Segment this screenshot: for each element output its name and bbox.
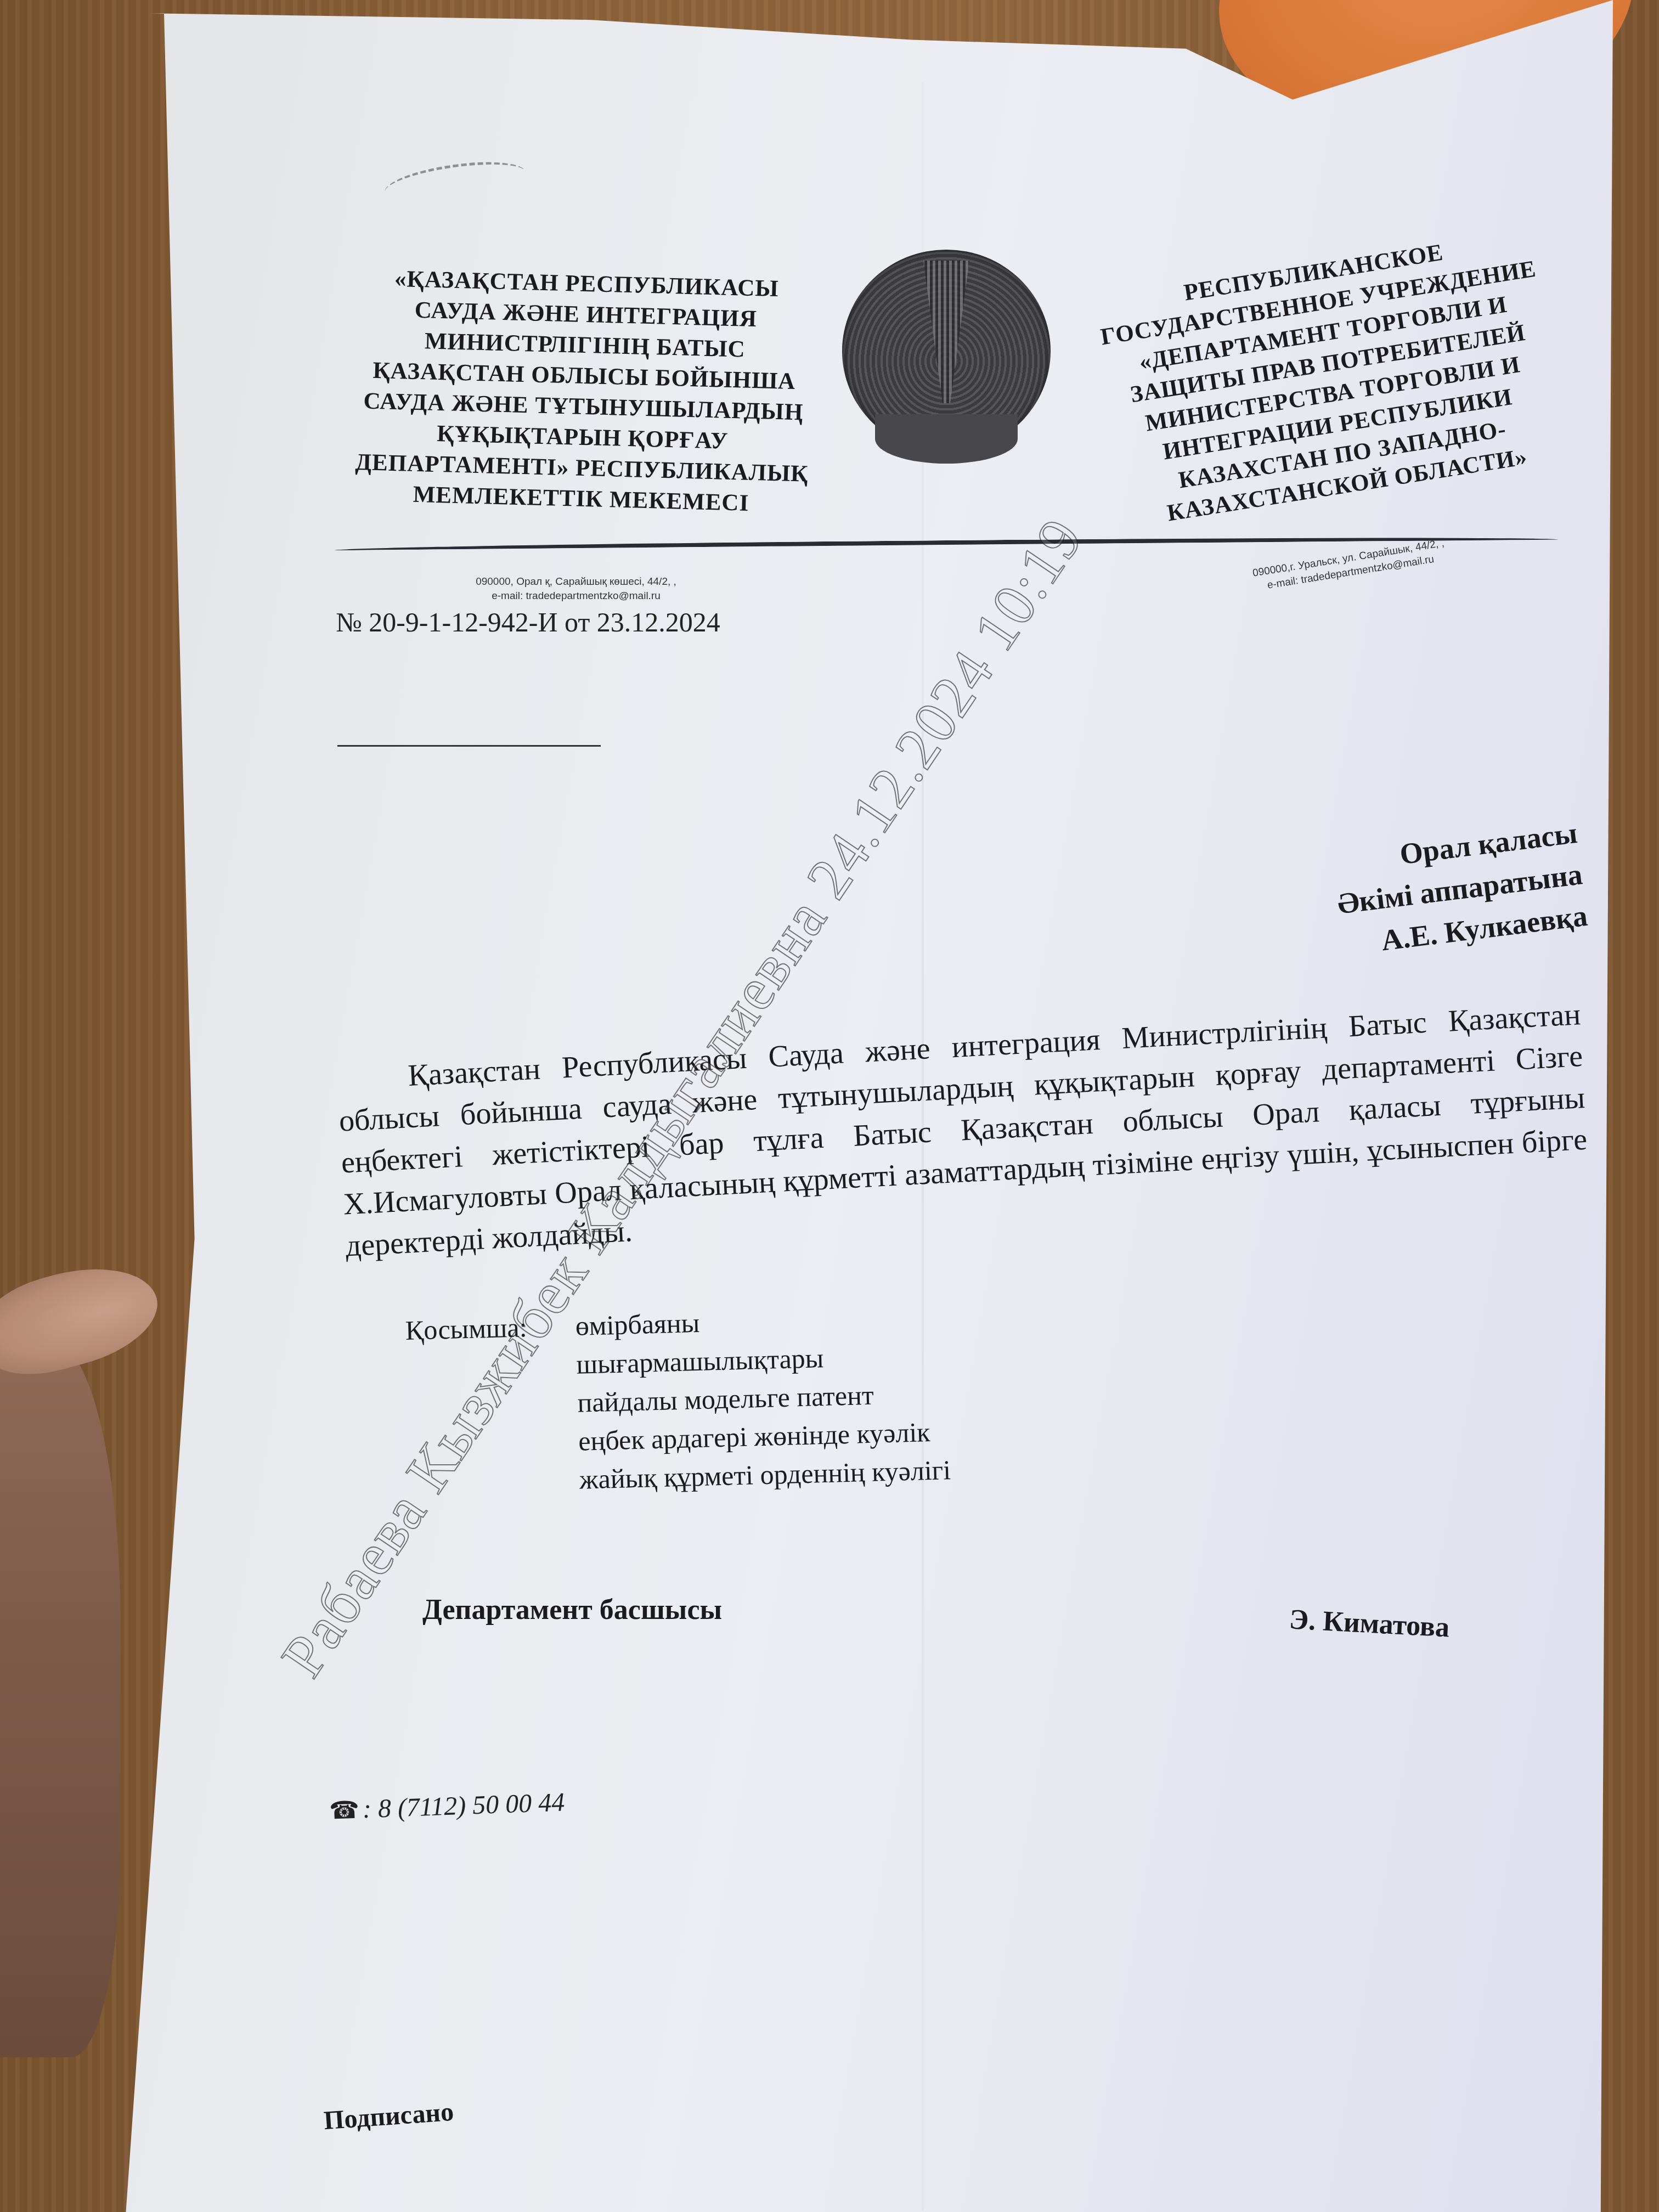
state-emblem-icon bbox=[842, 250, 1051, 469]
phone-number: : 8 (7112) 50 00 44 bbox=[362, 1788, 565, 1824]
contact-phone: ☎: 8 (7112) 50 00 44 bbox=[329, 1787, 565, 1826]
header-kazakh-org-name: «ҚАЗАҚСТАН РЕСПУБЛИКАСЫ САУДА ЖӘНЕ ИНТЕГ… bbox=[334, 262, 833, 521]
address-kazakh: 090000, Орал қ, Сарайшық көшесі, 44/2, ,… bbox=[406, 575, 746, 603]
signatory-name: Э. Киматова bbox=[1289, 1603, 1451, 1644]
recipient-block: Орал қаласы Әкімі аппаратына А.Е. Кулкае… bbox=[1237, 812, 1590, 978]
letter-body: Қазақстан Республикасы Сауда және интегр… bbox=[336, 994, 1590, 1267]
signatory-title: Департамент басшысы bbox=[422, 1594, 722, 1626]
telephone-icon: ☎ bbox=[329, 1797, 359, 1825]
official-letter: «ҚАЗАҚСТАН РЕСПУБЛИКАСЫ САУДА ЖӘНЕ ИНТЕГ… bbox=[0, 0, 1659, 2212]
attachment-item: жайық құрметі орденнің куәлігі bbox=[579, 1454, 951, 1495]
attachment-item: өмірбаяны bbox=[575, 1307, 700, 1341]
reference-number: № 20-9-1-12-942-И от 23.12.2024 bbox=[336, 606, 720, 638]
hand-palm bbox=[0, 1344, 121, 2057]
attachment-item: пайдалы модельге патент bbox=[577, 1380, 874, 1418]
attachment-item: еңбек ардагері жөнінде куәлік bbox=[578, 1417, 931, 1457]
attachment-item: шығармашылықтары bbox=[576, 1342, 824, 1380]
pen-scribble bbox=[382, 155, 529, 210]
email-line: e-mail: tradedepartmentzko@mail.ru bbox=[406, 589, 746, 603]
blank-underline bbox=[337, 745, 601, 747]
emblem-base bbox=[875, 414, 1018, 464]
address-line: 090000, Орал қ, Сарайшық көшесі, 44/2, , bbox=[406, 575, 746, 589]
header-russian-org-name: РЕСПУБЛИКАНСКОЕ ГОСУДАРСТВЕННОЕ УЧРЕЖДЕН… bbox=[1073, 220, 1588, 538]
signed-label: Подписано bbox=[323, 2097, 454, 2136]
